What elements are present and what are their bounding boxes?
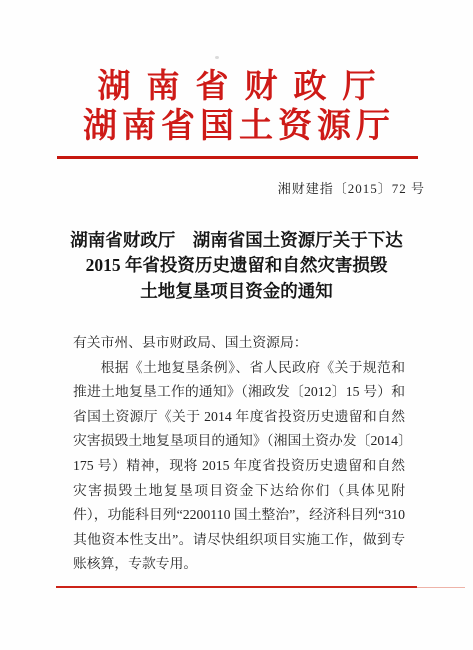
document-title: 湖南省财政厅 湖南省国土资源厅关于下达 2015 年省投资历史遗留和自然灾害损毁… xyxy=(35,228,438,304)
document-number: 湘财建指〔2015〕72 号 xyxy=(278,178,425,197)
document-body: 有关市州、县市财政局、国土资源局： 根据《土地复垦条例》、省人民政府《关于规范和… xyxy=(73,331,405,577)
letterhead-org-name-land-resources: 湖南省国土资源厅 xyxy=(0,108,473,146)
document-title-line-1: 湖南省财政厅 湖南省国土资源厅关于下达 xyxy=(35,228,438,253)
document-title-line-2: 2015 年省投资历史遗留和自然灾害损毁 xyxy=(35,253,438,278)
footer-divider-line xyxy=(56,586,417,588)
document-title-line-3: 土地复垦项目资金的通知 xyxy=(35,279,438,304)
letterhead-divider-line xyxy=(57,156,418,159)
letterhead-org-name-finance: 湖南省财政厅 xyxy=(0,68,473,106)
footer-divider-line-faded-end xyxy=(417,587,465,588)
salutation-line: 有关市州、县市财政局、国土资源局： xyxy=(73,331,405,356)
scan-speck-artifact xyxy=(215,56,219,59)
document-page: 湖南省财政厅 湖南省国土资源厅 湘财建指〔2015〕72 号 湖南省财政厅 湖南… xyxy=(0,0,473,650)
body-paragraph: 根据《土地复垦条例》、省人民政府《关于规范和推进土地复垦工作的通知》（湘政发〔2… xyxy=(73,356,405,577)
